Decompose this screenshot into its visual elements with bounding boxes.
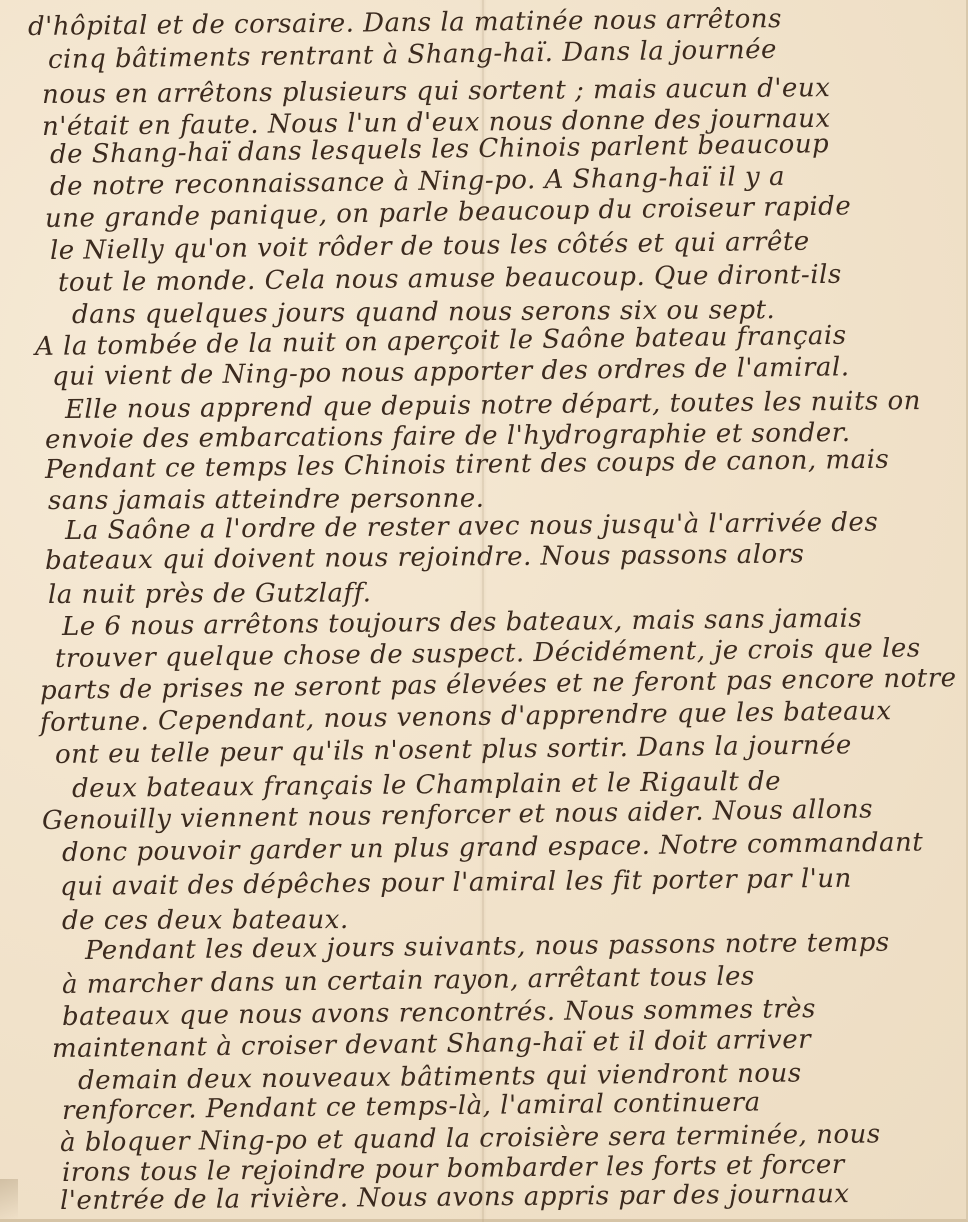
paper-corner-wear <box>0 1179 18 1219</box>
text-line-24: ont eu telle peur qu'ils n'osent plus so… <box>55 730 852 770</box>
text-line-29: de ces deux bateaux. <box>62 905 349 936</box>
text-line-8: le Nielly qu'on voit rôder de tous les c… <box>50 227 810 266</box>
text-line-2: cinq bâtiments rentrant à Shang-haï. Dan… <box>48 35 777 75</box>
text-line-19: la nuit près de Gutzlaff. <box>48 578 372 610</box>
text-line-31: à marcher dans un certain rayon, arrêtan… <box>62 962 755 1000</box>
text-line-28: qui avait des dépêches pour l'amiral les… <box>60 864 852 902</box>
letter-page: d'hôpital et de corsaire. Dans la matiné… <box>0 0 968 1222</box>
text-line-9: tout le monde. Cela nous amuse beaucoup.… <box>58 260 842 298</box>
text-line-16: sans jamais atteindre personne. <box>48 484 485 516</box>
text-line-38: l'entrée de la rivière. Nous avons appri… <box>60 1179 850 1216</box>
text-line-18: bateaux qui doivent nous rejoindre. Nous… <box>45 539 805 576</box>
